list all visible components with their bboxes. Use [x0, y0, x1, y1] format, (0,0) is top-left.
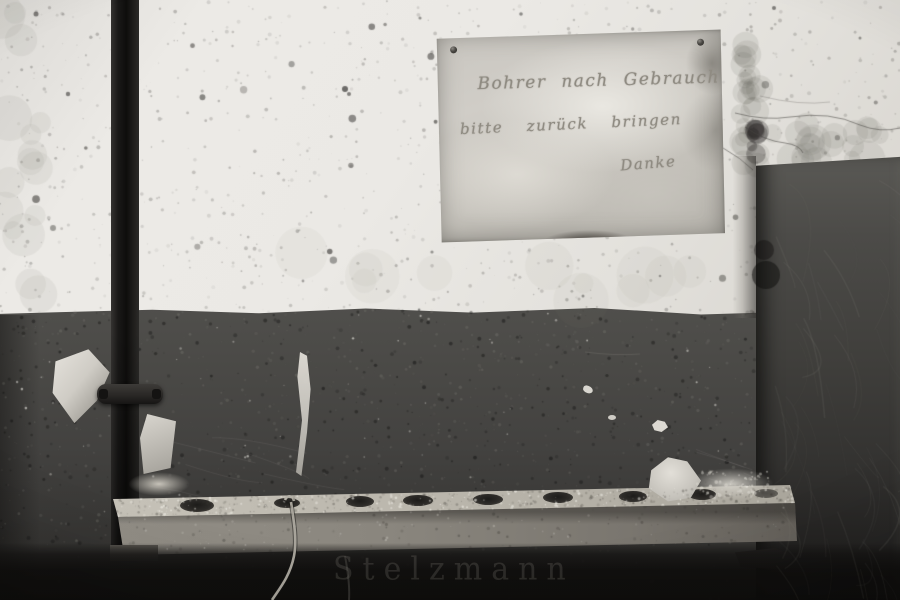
- cabinet-edge-shadow: [733, 156, 756, 318]
- paint-peel-flake: [140, 414, 176, 474]
- photo-canvas: Bohrer nach Gebrauch bitte zurück bringe…: [0, 0, 900, 600]
- sign-text-line-2: bitte zurück bringen: [460, 110, 683, 138]
- paint-chip: [608, 415, 616, 420]
- sign-nail-right: [697, 39, 704, 46]
- drill-hole: [180, 499, 214, 512]
- sign-text-line-3: Danke: [620, 152, 677, 174]
- dust-mound: [128, 472, 190, 496]
- sign-text-line-1: Bohrer nach Gebrauch: [477, 67, 720, 94]
- clamp-bolt: [152, 389, 161, 399]
- photographer-watermark: Stelzmann: [333, 551, 575, 588]
- drill-hole: [473, 494, 503, 505]
- metal-sign: Bohrer nach Gebrauch bitte zurück bringe…: [435, 29, 725, 242]
- drill-hole: [619, 491, 647, 502]
- sign-nail-left: [450, 46, 457, 53]
- clamp-bolt: [99, 389, 108, 399]
